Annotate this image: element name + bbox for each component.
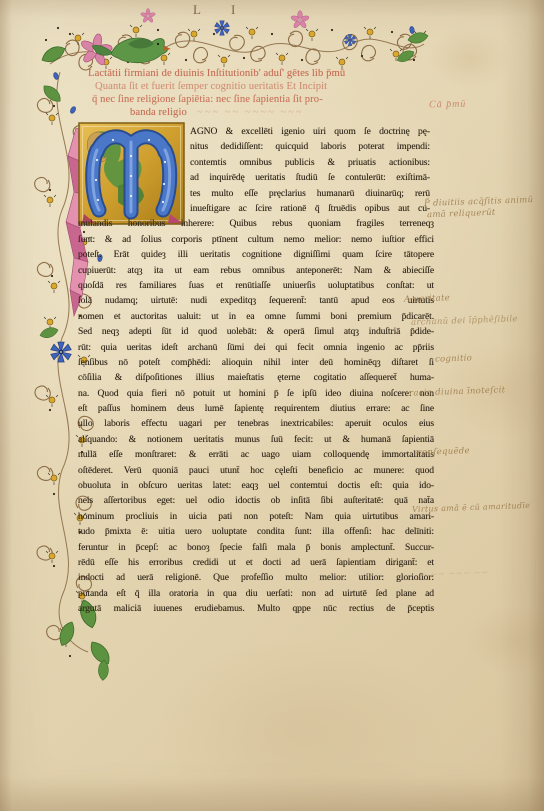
text-line: hominum procliuis in uicia pati non pote… (78, 509, 434, 524)
manuscript-page: L I (0, 0, 544, 811)
text-line: inueſtigare ac ſcire rationē q̄ ſtruēdis… (190, 201, 430, 216)
text-line: ad inquirēdę ueritatis ſtudiū ſe contule… (190, 170, 430, 185)
rubric-line: q̄ nec ſine religione ſapiētia: nec ſine… (92, 93, 438, 106)
text-line: ullo laboris effectu uagari per tenebras… (78, 416, 434, 431)
text-line: feruntur in p̄cepſ: ac bonoȝ ſpecie falſ… (78, 540, 434, 555)
text-line: ſolā nudamq; uirtutē: nudi expeditqȝ ſeq… (78, 293, 434, 308)
text-line: rēdū eſſe his erroribus credidi ut et do… (78, 555, 434, 570)
rubric-line: Lactātii firmiani de diuinis Inſtitution… (88, 67, 438, 80)
text-line: eſt paſſus hominem deus lumē ſapientę re… (78, 401, 434, 416)
text-line: rūt: quia ueritas ideſt archanū ſūmi dei… (78, 340, 434, 355)
text-line: contemtis omnibus publicis & priuatis ac… (190, 155, 430, 170)
rubric: Lactātii firmiani de diuinis Inſtitution… (88, 67, 438, 119)
text-line: poteſt. Erāt quideȝ illi ueritatis cogni… (78, 247, 434, 262)
text-line: tes multo eſſe pręclarius humanarū diuin… (190, 186, 430, 201)
text-block-upper: AGNO & excellēti igenio uiri quom ſe doc… (190, 124, 430, 216)
margin-note: conſequēde (417, 446, 470, 458)
text-line: putanda eſt q̄ illa oratoria in qua diu … (78, 586, 434, 601)
chapter-mark: Cā p̄mū (429, 99, 467, 111)
margin-note: cognitio (435, 353, 472, 364)
text-block-lower: mulandis honoribus inherere: Quibus rebu… (78, 216, 434, 616)
rubric-faded-tail: ~~~ ~~ ~~~~ ~~~ (197, 107, 304, 118)
text-line: mulandis honoribus inherere: Quibus rebu… (78, 216, 434, 231)
text-line: indocti ad uerā religionē. Que profeſſio… (78, 570, 434, 585)
text-line: nitus dedidiſſent: quicquid laboris pote… (190, 139, 430, 154)
text-line: cōſilia & diſpoſitiones illius maieſtati… (78, 370, 434, 385)
text-line: neis aſſertoribus eget: uel odio idoctis… (78, 493, 434, 508)
text-line: aliquando: & notionem ueritatis munus ſu… (78, 432, 434, 447)
text-line: argutā maliciā iuuenes erudiebamus. Mult… (78, 601, 434, 616)
rubric-line: banda religio~~~ ~~ ~~~~ ~~~ (130, 106, 438, 119)
text-line: na. Quod quia fieri nō potuit ut homini … (78, 386, 434, 401)
text-line: AGNO & excellēti igenio uiri quom ſe doc… (190, 124, 430, 139)
text-line: oſtēderet. Verū quoniā pauci utunt̄ hoc … (78, 463, 434, 478)
text-line: tudo p̄mixta ē: uitia uero uoluptate con… (78, 524, 434, 539)
text-line: cupiuerūt: atqȝ ita ut eam rebus omnibus… (78, 263, 434, 278)
text-line: ſenſibus nō poteſt comp̄hēdi: alioquin n… (78, 355, 434, 370)
text-line: quoſdā res familiares ſuas et renūtiaſſe… (78, 278, 434, 293)
text-line: obuoluta in obſcuro ueritas latet: eaqȝ … (78, 478, 434, 493)
text-line: nullā eſſe monſtraret: & errāti ac uago … (78, 447, 434, 462)
text-line: nomen et auctoritas ualuit: ut in ea omn… (78, 309, 434, 324)
rubric-line: Quanta ſit et fuerit ſemper cognitio uer… (95, 80, 438, 93)
rubric-line-text: banda religio (130, 107, 187, 118)
margin-note: A ueritate (404, 293, 450, 305)
text-line: Sed neqȝ adepti ſūt id quod uolebāt: & o… (78, 324, 434, 339)
text-line: ſunt: & ad ſolius corporis ptīnent cultu… (78, 232, 434, 247)
